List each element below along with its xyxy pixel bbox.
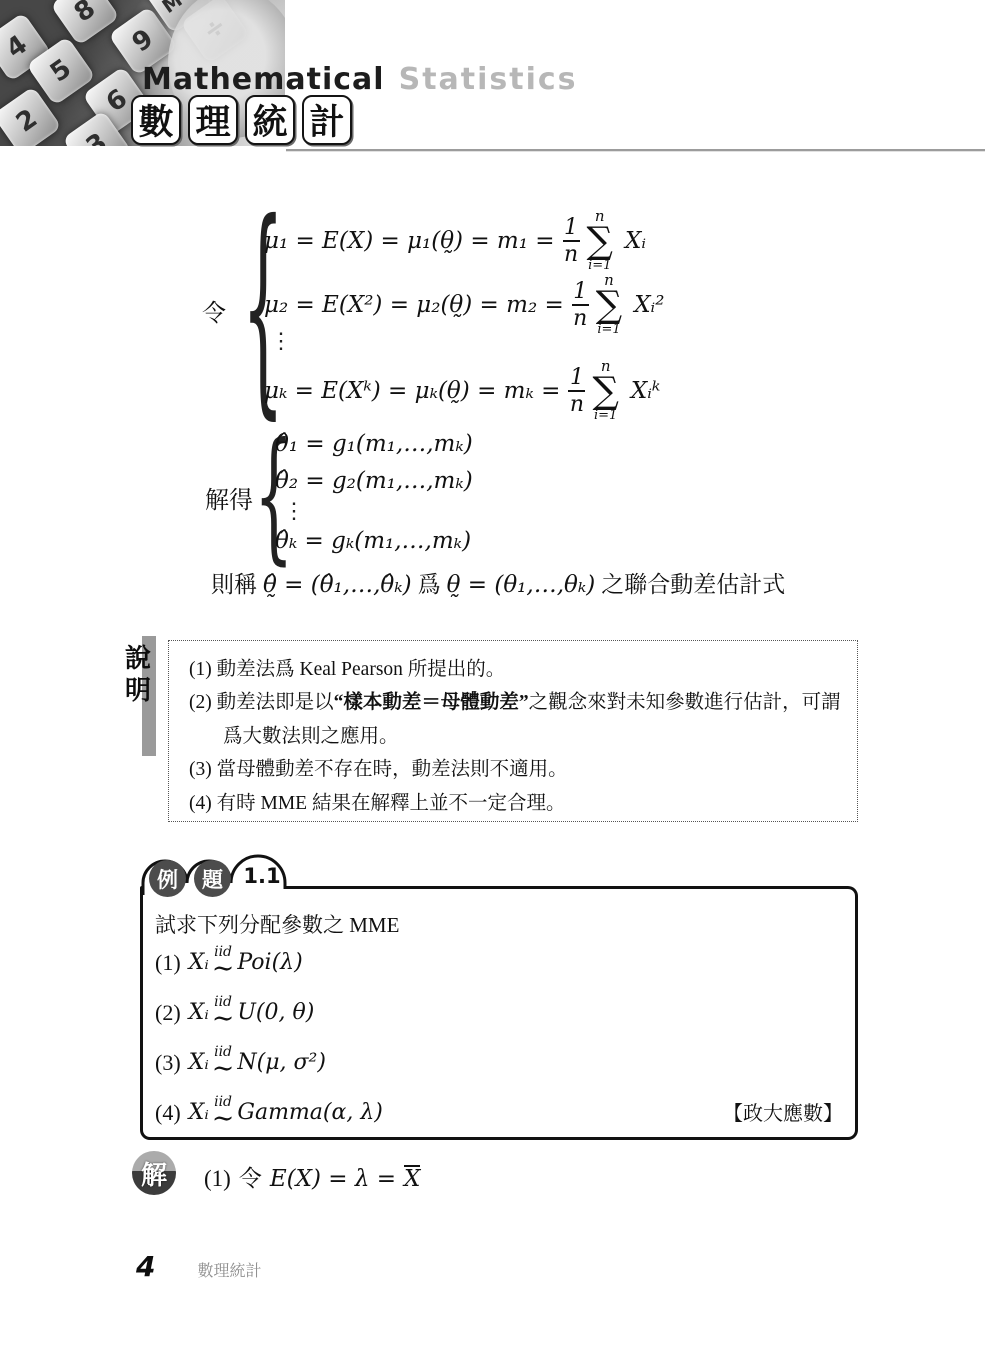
distribution: Poi(λ) bbox=[237, 950, 302, 975]
notes-label: 說 明 bbox=[122, 636, 162, 758]
example-number: 1.1 bbox=[240, 864, 284, 888]
note-item-1: (1) 動差法爲 Keal Pearson 所提出的。 bbox=[189, 653, 505, 681]
moment-equation-k: μₖ = E(Xᵏ) = μₖ(θ̰) = mₖ = 1 n n ∑ i=1 X… bbox=[264, 360, 660, 422]
moment-equation-2: μ₂ = E(X²) = μ₂(θ̰) = m₂ = 1 n n ∑ i=1 X… bbox=[264, 274, 664, 336]
notes-label-char: 明 bbox=[122, 670, 154, 707]
title-mathematical: Mathematical bbox=[142, 62, 385, 97]
lead-solve-label: 解得 bbox=[205, 480, 253, 515]
example-item-3: (3) Xᵢ iid∼ N(μ, σ²) bbox=[155, 1047, 326, 1078]
random-variable: Xᵢ bbox=[189, 1050, 209, 1075]
moment-equation-1: μ₁ = E(X) = μ₁(θ̰) = m₁ = 1 n n ∑ i=1 Xᵢ bbox=[264, 210, 646, 272]
solution-let-label: 令 bbox=[239, 1160, 262, 1193]
example-box: 例 題 1.1 試求下列分配參數之 MME (1) Xᵢ iid∼ Poi(λ)… bbox=[140, 886, 858, 1140]
exam-source-tag: 【政大應數】 bbox=[723, 1097, 843, 1126]
conclusion-math-2: θ̰ = (θ₁,…,θₖ) bbox=[447, 572, 596, 598]
note-item-2-continued: 爲大數法則之應用。 bbox=[223, 720, 399, 748]
page-footer: 4 數理統計 bbox=[136, 1250, 262, 1283]
summation-symbol: n ∑ i=1 bbox=[587, 210, 613, 272]
distribution: U(0, θ) bbox=[237, 1000, 314, 1025]
equation-term: Xᵢᵏ bbox=[631, 378, 660, 404]
solution-badge: 解 bbox=[132, 1151, 176, 1195]
fraction-1-over-n: 1 n bbox=[572, 280, 589, 330]
random-variable: Xᵢ bbox=[189, 950, 209, 975]
x-bar-symbol: X bbox=[404, 1165, 420, 1190]
fraction-1-over-n: 1 n bbox=[568, 366, 585, 416]
textbook-page: 4 8 9 M+ 5 6 ÷ 2 3 MathematicalStatistic… bbox=[0, 0, 1000, 1353]
note-bold-phrase: “樣本動差＝母體動差” bbox=[334, 692, 529, 713]
iid-distributed-symbol: iid∼ bbox=[212, 947, 235, 978]
title-char-badge: 理 bbox=[188, 95, 238, 145]
conclusion-math-1: θ̰̂ = (θ̂₁,…,θ̂ₖ) bbox=[263, 572, 412, 598]
equation-term: Xᵢ bbox=[625, 228, 646, 254]
keypad-key: 8 bbox=[50, 0, 120, 46]
book-title: 數理統計 bbox=[197, 1258, 261, 1281]
iid-distributed-symbol: iid∼ bbox=[212, 1097, 235, 1128]
example-item-2: (2) Xᵢ iid∼ U(0, θ) bbox=[155, 997, 314, 1028]
conclusion-post: 之聯合動差估計式 bbox=[601, 572, 785, 597]
solution-line: (1) 令 E(X) = λ = X bbox=[204, 1160, 420, 1193]
note-item-3: (3) 當母體動差不存在時，動差法則不適用。 bbox=[189, 753, 568, 781]
note-item-4: (4) 有時 MME 結果在解釋上並不一定合理。 bbox=[189, 787, 565, 815]
estimator-equation-k: θ̂ₖ = gₖ(m₁,…,mₖ) bbox=[275, 528, 471, 554]
notes-box: (1) 動差法爲 Keal Pearson 所提出的。 (2) 動差法即是以“樣… bbox=[168, 640, 858, 822]
equation-term: Xᵢ² bbox=[634, 292, 664, 318]
vertical-dots: ⋮ bbox=[283, 498, 305, 524]
title-char-badge: 數 bbox=[131, 95, 181, 145]
equation-lhs: μ₂ = E(X²) = μ₂(θ̰) = m₂ = bbox=[264, 292, 564, 318]
example-item-1: (1) Xᵢ iid∼ Poi(λ) bbox=[155, 947, 303, 978]
random-variable: Xᵢ bbox=[189, 1100, 209, 1125]
page-title-english: MathematicalStatistics bbox=[142, 62, 578, 97]
random-variable: Xᵢ bbox=[189, 1000, 209, 1025]
example-badge-char: 題 bbox=[194, 860, 231, 897]
example-prompt: 試求下列分配參數之 MME bbox=[155, 909, 399, 939]
moment-equations-block: 令 { μ₁ = E(X) = μ₁(θ̰) = m₁ = 1 n n ∑ i=… bbox=[200, 197, 800, 425]
page-number: 4 bbox=[136, 1250, 155, 1283]
equation-lhs: μ₁ = E(X) = μ₁(θ̰) = m₁ = bbox=[264, 228, 555, 254]
title-statistics: Statistics bbox=[399, 62, 578, 97]
title-char-badge: 計 bbox=[302, 95, 352, 145]
estimator-equation-1: θ̂₁ = g₁(m₁,…,mₖ) bbox=[275, 431, 473, 457]
conclusion-mid: 爲 bbox=[418, 572, 441, 597]
summation-symbol: n ∑ i=1 bbox=[596, 274, 622, 336]
vertical-dots: ⋮ bbox=[270, 328, 292, 354]
solve-equations-block: 解得 { θ̂₁ = g₁(m₁,…,mₖ) θ̂₂ = g₂(m₁,…,mₖ)… bbox=[205, 428, 765, 568]
summation-symbol: n ∑ i=1 bbox=[592, 360, 618, 422]
equation-lhs: μₖ = E(Xᵏ) = μₖ(θ̰) = mₖ = bbox=[264, 378, 560, 404]
conclusion-pre: 則稱 bbox=[211, 572, 257, 597]
lead-let-label: 令 bbox=[202, 293, 226, 328]
iid-distributed-symbol: iid∼ bbox=[212, 1047, 235, 1078]
note-item-2: (2) 動差法即是以“樣本動差＝母體動差”之觀念來對未知參數進行估計，可謂 bbox=[189, 686, 841, 714]
conclusion-sentence: 則稱θ̰̂ = (θ̂₁,…,θ̂ₖ)爲θ̰ = (θ₁,…,θₖ)之聯合動差估… bbox=[205, 566, 791, 599]
solution-item-number: (1) bbox=[204, 1166, 231, 1192]
distribution: Gamma(α, λ) bbox=[237, 1100, 382, 1125]
header-divider-line bbox=[286, 149, 985, 152]
fraction-1-over-n: 1 n bbox=[563, 216, 580, 266]
example-badge-char: 例 bbox=[149, 860, 186, 897]
distribution: N(μ, σ²) bbox=[237, 1050, 326, 1075]
example-item-4: (4) Xᵢ iid∼ Gamma(α, λ) bbox=[155, 1097, 383, 1128]
title-char-badge: 統 bbox=[245, 95, 295, 145]
iid-distributed-symbol: iid∼ bbox=[212, 997, 235, 1028]
estimator-equation-2: θ̂₂ = g₂(m₁,…,mₖ) bbox=[275, 468, 473, 494]
page-title-chinese: 數 理 統 計 bbox=[131, 95, 352, 145]
solution-equation: E(X) = λ = bbox=[270, 1166, 396, 1192]
